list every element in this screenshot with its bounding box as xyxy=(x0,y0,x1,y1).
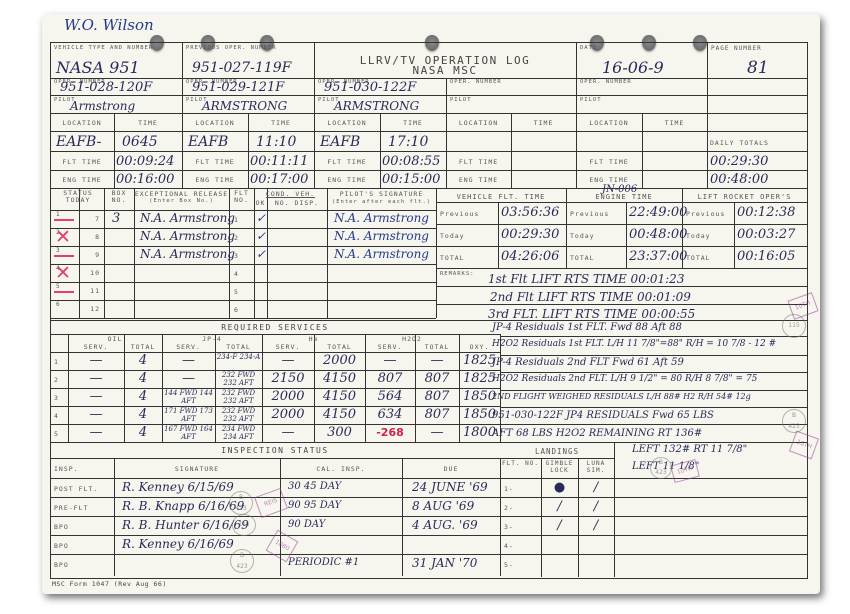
pilot-signature: N.A. Armstrong xyxy=(334,247,429,261)
previous-value: 22:49:00 xyxy=(629,205,687,220)
due-date: 4 AUG. '69 xyxy=(412,518,478,532)
previous-value: 03:56:36 xyxy=(501,205,559,220)
vertical-rule xyxy=(446,78,447,113)
location-label: LOCATION xyxy=(50,119,114,127)
service-he-total: 300 xyxy=(314,426,365,440)
today-value: 00:48:00 xyxy=(629,227,687,242)
service-h2o2-total: — xyxy=(415,426,459,440)
service-col-label: TOTAL xyxy=(215,343,262,351)
service-he-serv: 2000 xyxy=(262,408,314,422)
box-number: 10 xyxy=(82,269,100,277)
service-jp4-total: 232 FWD 232 AFT xyxy=(215,389,262,405)
landing-flt-number: 2- xyxy=(504,504,514,512)
total-label: TOTAL xyxy=(570,254,595,262)
service-jp4-serv: 171 FWD 173 AFT xyxy=(162,407,215,423)
previous-label: Previous xyxy=(570,210,609,218)
oper-number-label: OPER. NUMBER xyxy=(450,79,502,85)
service-oil-total: 4 xyxy=(124,408,162,422)
service-oil-total: 4 xyxy=(124,354,162,368)
horizontal-rule xyxy=(500,424,807,425)
total-value: 23:37:00 xyxy=(629,249,687,264)
service-jp4-serv: 167 FWD 164 AFT xyxy=(162,425,215,441)
service-oxy: 1850 xyxy=(459,390,500,404)
today-label: Today xyxy=(570,232,595,240)
pilot-label: PILOT xyxy=(450,97,472,103)
remark-line: 3rd FLT. LIFT RTS TIME 00:00:55 xyxy=(488,307,695,321)
location-value: EAFB xyxy=(188,134,228,150)
service-h2o2-serv: 564 xyxy=(365,390,415,404)
status-number: 1 xyxy=(56,211,61,218)
date-value: 16-06-9 xyxy=(602,58,664,77)
service-oil-total: 4 xyxy=(124,426,162,440)
prev-oper-label: PREVIOUS OPER. NUMBER xyxy=(186,45,277,51)
inspection-due-label: DUE xyxy=(402,465,500,473)
today-value: 00:03:27 xyxy=(737,227,795,242)
landing-flt-number: 5- xyxy=(504,561,514,569)
totals-group-title: VEHICLE FLT. TIME xyxy=(436,193,566,201)
flt-time-label: FLT TIME xyxy=(576,158,642,166)
vertical-rule xyxy=(734,202,735,268)
inspector-signature: R. B. Hunter 6/16/69 xyxy=(122,518,249,532)
status-dash-mark xyxy=(54,291,74,293)
horizontal-rule xyxy=(50,151,807,152)
oxy-label: OXY. xyxy=(459,343,500,351)
service-jp4-total: 232 FWD 232 AFT xyxy=(215,371,262,387)
daily-eng-total: 00:48:00 xyxy=(710,172,768,187)
box-no-value: 3 xyxy=(112,211,120,226)
eng-time-label: ENG TIME xyxy=(314,176,380,184)
box-number: 12 xyxy=(82,305,100,313)
horizontal-rule xyxy=(50,318,436,319)
flt-number: 4 xyxy=(234,270,239,278)
previous-value: 00:12:38 xyxy=(737,205,795,220)
inspector-signature: R. B. Knapp 6/16/69 xyxy=(122,499,244,513)
form-footer: MSC Form 1047 (Rev Aug 66) xyxy=(52,580,167,588)
totals-group-title: LIFT ROCKET OPER'S xyxy=(682,193,807,201)
vertical-rule xyxy=(707,42,708,113)
daily-totals-label: DAILY TOTALS xyxy=(710,139,769,147)
horizontal-rule xyxy=(50,113,807,114)
status-x-mark: ✕ xyxy=(55,226,71,248)
service-oil-serv: — xyxy=(68,354,124,368)
service-h2o2-serv: — xyxy=(365,354,415,368)
vertical-rule xyxy=(79,188,80,318)
status-dash-mark xyxy=(54,255,74,257)
vehicle-label: VEHICLE TYPE AND NUMBER xyxy=(54,45,153,51)
horizontal-rule xyxy=(50,170,807,171)
horizontal-rule xyxy=(50,264,436,265)
horizontal-rule xyxy=(50,78,807,79)
luna-sim-mark: / xyxy=(578,480,614,495)
box-number: 11 xyxy=(82,287,100,295)
remark-line: JP-4 Residuals 2nd FLT Fwd 61 Aft 59 xyxy=(492,357,684,368)
time-label: TIME xyxy=(380,119,446,127)
horizontal-rule xyxy=(50,320,500,321)
landings-gimble-label: GIMBLE LOCK xyxy=(541,460,578,474)
eng-time-label: ENG TIME xyxy=(576,176,642,184)
vertical-rule xyxy=(104,188,105,318)
pilot-value: ARMSTRONG xyxy=(202,99,287,113)
horizontal-rule xyxy=(500,516,807,517)
exceptional-release-label: EXCEPTIONAL RELEASE xyxy=(134,190,229,198)
exceptional-release-signature: N.A. Armstrong xyxy=(140,229,235,243)
cond-veh-label: COND. VEH. xyxy=(254,190,327,198)
total-label: TOTAL xyxy=(686,254,711,262)
vertical-rule xyxy=(50,188,51,318)
flt-time-label: FLT TIME xyxy=(314,158,380,166)
service-col-label: SERV. xyxy=(162,343,215,351)
vertical-rule xyxy=(327,188,328,318)
box-number: 9 xyxy=(82,251,100,259)
horizontal-rule xyxy=(50,188,807,189)
landings-luna-label: LUNA SIM. xyxy=(578,460,614,474)
service-jp4-total: 234 FWD 234 AFT xyxy=(215,425,262,441)
horizontal-rule xyxy=(500,535,807,536)
cal-insp-value: PERIODIC #1 xyxy=(288,557,359,568)
inspection-stamp: B423 xyxy=(782,409,806,433)
time-label: TIME xyxy=(248,119,314,127)
flt-number: 2 xyxy=(234,234,239,242)
service-h2o2-total: — xyxy=(415,354,459,368)
pilot-signature: N.A. Armstrong xyxy=(334,211,429,225)
service-oil-serv: — xyxy=(68,408,124,422)
total-value: 00:16:05 xyxy=(737,249,795,264)
vertical-rule xyxy=(314,42,315,113)
service-col-label: TOTAL xyxy=(124,343,162,351)
vertical-rule xyxy=(500,334,501,442)
horizontal-rule xyxy=(436,304,807,305)
service-jp4-serv: 144 FWD 144 AFT xyxy=(162,389,215,405)
pilot-value: Armstrong xyxy=(70,99,135,113)
horizontal-rule xyxy=(500,372,807,373)
vehicle-value: NASA 951 xyxy=(56,58,140,77)
vertical-rule xyxy=(182,42,183,113)
flt-number: 3 xyxy=(234,252,239,260)
landing-flt-number: 1- xyxy=(504,485,514,493)
horizontal-rule xyxy=(50,300,436,301)
engine-annotation: JN-006 xyxy=(602,184,637,195)
oper-number-value: 951-028-120F xyxy=(60,80,152,95)
eng-time-label: ENG TIME xyxy=(50,176,114,184)
vertical-rule xyxy=(576,42,577,113)
location-label: LOCATION xyxy=(182,119,248,127)
service-group-label: JP-4 xyxy=(162,335,262,343)
inspection-insp-label: INSP. xyxy=(54,465,114,473)
oper-number-label: OPER. NUMBER xyxy=(580,79,632,85)
inspection-type: BPO xyxy=(54,561,69,569)
vertical-rule xyxy=(267,188,268,318)
flt-time-value: 00:08:55 xyxy=(382,154,440,169)
horizontal-rule xyxy=(500,355,807,356)
prev-oper-value: 951-027-119F xyxy=(192,60,291,76)
time-label: TIME xyxy=(114,119,182,127)
location-label: LOCATION xyxy=(314,119,380,127)
remark-line: 2ND FLIGHT WEIGHED RESIDUALS L/H 88# H2 … xyxy=(492,392,751,401)
vertical-rule xyxy=(50,458,51,576)
vertical-rule xyxy=(498,202,499,268)
oper-number-value: 951-030-122F xyxy=(324,80,416,95)
landing-flt-number: 4- xyxy=(504,542,514,550)
due-date: 31 JAN '70 xyxy=(412,556,477,570)
service-oil-total: 4 xyxy=(124,372,162,386)
service-h2o2-total: 807 xyxy=(415,372,459,386)
previous-label: Previous xyxy=(686,210,725,218)
location-label: LOCATION xyxy=(446,119,511,127)
service-jp4-serv: — xyxy=(162,354,215,368)
location-value: EAFB xyxy=(320,134,360,150)
gimble-lock-mark: / xyxy=(541,499,578,514)
inspection-cal-label: CAL. INSP. xyxy=(280,465,402,473)
vertical-rule xyxy=(254,188,255,318)
exceptional-release-signature: N.A. Armstrong xyxy=(140,211,235,225)
time-label: TIME xyxy=(642,119,707,127)
inspection-type: POST FLT. xyxy=(54,485,98,493)
service-col-label: TOTAL xyxy=(415,343,459,351)
flt-time-label: FLT TIME xyxy=(182,158,248,166)
exceptional-release-sub: (Enter Box No.) xyxy=(134,198,229,204)
service-col-label: SERV. xyxy=(365,343,415,351)
service-jp4-total: 232 FWD 232 AFT xyxy=(215,407,262,423)
gimble-lock-mark: / xyxy=(541,518,578,533)
horizontal-rule xyxy=(436,224,807,225)
status-number: 6 xyxy=(56,301,61,308)
vertical-rule xyxy=(114,458,115,576)
flt-time-value: 00:11:11 xyxy=(250,154,308,169)
time-label: TIME xyxy=(511,119,576,127)
horizontal-rule xyxy=(500,407,807,408)
form-subtitle: NASA MSC xyxy=(314,64,576,77)
inspection-stamp: B423 xyxy=(650,457,672,479)
horizontal-rule xyxy=(50,442,807,443)
service-oxy: 1825 xyxy=(459,354,500,368)
exceptional-release-signature: N.A. Armstrong xyxy=(140,247,235,261)
service-he-serv: 2000 xyxy=(262,390,314,404)
remarks-label: REMARKS: xyxy=(440,271,475,277)
inspection-type: PRE-FLT xyxy=(54,504,88,512)
service-oil-total: 4 xyxy=(124,390,162,404)
oper-number-value: 951-029-121F xyxy=(192,80,284,95)
remark-line: H2O2 Residuals 2nd FLT. L/H 9 1/2" = 80 … xyxy=(492,374,757,384)
status-dash-mark xyxy=(54,219,74,221)
service-group-label: OIL xyxy=(68,335,162,343)
operation-log-sheet: W.O. Wilson VEHICLE TYPE AND NUMBER NASA… xyxy=(42,14,820,594)
service-jp4-serv: — xyxy=(162,372,215,386)
horizontal-rule xyxy=(50,478,500,479)
service-group-label: H2O2 xyxy=(365,335,459,343)
remark-line: JP-4 Residuals 1st FLT. Fwd 88 Aft 88 xyxy=(492,322,682,333)
service-h2o2-serv: 807 xyxy=(365,372,415,386)
horizontal-rule xyxy=(500,554,807,555)
vertical-rule xyxy=(626,202,627,268)
service-group-label: He xyxy=(262,335,365,343)
horizontal-rule xyxy=(436,268,807,269)
service-oil-serv: — xyxy=(68,426,124,440)
eng-time-label: ENG TIME xyxy=(446,176,511,184)
vertical-rule xyxy=(134,188,135,318)
cal-insp-value: 30 45 DAY xyxy=(288,481,341,492)
luna-sim-mark: / xyxy=(578,499,614,514)
inspector-signature: R. Kenney 6/15/69 xyxy=(122,480,234,494)
service-he-serv: — xyxy=(262,426,314,440)
remark-line: 2nd Flt LIFT RTS TIME 00:01:09 xyxy=(490,290,691,304)
vertical-rule xyxy=(500,458,501,576)
eng-time-label: ENG TIME xyxy=(182,176,248,184)
cond-ok-check: ✓ xyxy=(256,229,266,243)
horizontal-rule xyxy=(436,202,807,203)
inspection-type: BPO xyxy=(54,542,69,550)
service-h2o2-total: 807 xyxy=(415,408,459,422)
ok-label: OK xyxy=(254,199,267,207)
service-h2o2-total: 807 xyxy=(415,390,459,404)
service-row-number: 4 xyxy=(54,412,59,420)
service-oil-serv: — xyxy=(68,390,124,404)
service-he-total: 2000 xyxy=(314,354,365,368)
due-date: 24 JUNE '69 xyxy=(412,480,488,494)
time-value: 17:10 xyxy=(388,134,428,150)
flt-time-value: 00:09:24 xyxy=(116,154,174,169)
horizontal-rule xyxy=(50,131,807,132)
flt-number: 6 xyxy=(234,306,239,314)
service-h2o2-serv: 634 xyxy=(365,408,415,422)
pilot-sig-sub: (Enter after each flt.) xyxy=(327,199,436,205)
pilot-sig-label: PILOT'S SIGNATURE xyxy=(327,190,436,198)
status-x-mark: ✕ xyxy=(55,262,71,284)
date-label: DATE xyxy=(580,45,597,51)
service-row-number: 3 xyxy=(54,394,59,402)
horizontal-rule xyxy=(500,497,807,498)
status-today-label: STATUS TODAY xyxy=(52,190,104,204)
today-label: Today xyxy=(686,232,711,240)
landing-flt-number: 3- xyxy=(504,523,514,531)
pilot-value: ARMSTRONG xyxy=(334,99,419,113)
pilot-label: PILOT xyxy=(580,97,602,103)
horizontal-rule xyxy=(500,458,614,459)
vertical-rule xyxy=(614,442,615,577)
flt-number: 5 xyxy=(234,288,239,296)
due-date: 8 AUG '69 xyxy=(412,499,474,513)
today-label: Today xyxy=(440,232,465,240)
remark-line: H2O2 Residuals 1st FLT. L/H 11 7/8"=88" … xyxy=(492,339,776,349)
cal-insp-value: 90 95 DAY xyxy=(288,500,341,511)
remark-line: 951-030-122F JP4 RESIDUALS Fwd 65 LBS xyxy=(492,410,714,421)
inspection-stamp: B423 xyxy=(229,491,253,515)
time-value: 0645 xyxy=(122,134,158,150)
cond-ok-check: ✓ xyxy=(256,211,266,225)
flt-time-label: FLT TIME xyxy=(446,158,511,166)
service-row-number: 2 xyxy=(54,376,59,384)
service-col-label: SERV. xyxy=(68,343,124,351)
cond-ok-check: ✓ xyxy=(256,247,266,261)
service-he-total: 4150 xyxy=(314,372,365,386)
top-note: W.O. Wilson xyxy=(64,16,154,34)
inspection-stamp: 115 xyxy=(232,514,256,536)
service-h2o2-serv: -268 xyxy=(365,426,415,440)
inspection-title: INSPECTION STATUS xyxy=(50,446,500,455)
horizontal-rule xyxy=(500,320,807,321)
status-number: 3 xyxy=(56,247,61,254)
horizontal-rule xyxy=(50,458,500,459)
service-he-serv: 2150 xyxy=(262,372,314,386)
eng-time-value: 00:15:00 xyxy=(382,172,440,187)
remark-line: AFT 68 LBS H2O2 REMAINING RT 136# xyxy=(492,428,702,439)
remark-line: 1st Flt LIFT RTS TIME 00:01:23 xyxy=(488,272,684,286)
inspection-stamp: B423 xyxy=(230,549,254,573)
service-row-number: 1 xyxy=(54,358,59,366)
location-label: LOCATION xyxy=(576,119,642,127)
required-services-title: REQUIRED SERVICES xyxy=(50,323,500,332)
service-oxy: 1825 xyxy=(459,372,500,386)
service-oxy: 1850 xyxy=(459,408,500,422)
flt-no-label: FLT NO. xyxy=(229,190,254,204)
eng-time-value: 00:17:00 xyxy=(250,172,308,187)
landings-flt-no-label: FLT. NO. xyxy=(500,460,541,467)
total-label: TOTAL xyxy=(440,254,465,262)
horizontal-rule xyxy=(50,282,436,283)
no-disp-label: NO. DISP. xyxy=(267,199,327,207)
horizontal-rule xyxy=(436,246,807,247)
time-value: 11:10 xyxy=(256,134,296,150)
total-value: 04:26:06 xyxy=(501,249,559,264)
eng-time-value: 00:16:00 xyxy=(116,172,174,187)
vertical-rule xyxy=(707,113,708,188)
remark-line: LEFT 132# RT 11 7/8" xyxy=(632,444,747,455)
location-value: EAFB- xyxy=(56,134,101,150)
flt-time-label: FLT TIME xyxy=(50,158,114,166)
horizontal-rule xyxy=(50,516,500,517)
service-jp4-total: 234-F 234-A xyxy=(215,353,262,361)
inspector-signature: R. Kenney 6/16/69 xyxy=(122,537,234,551)
today-value: 00:29:30 xyxy=(501,227,559,242)
service-col-label: TOTAL xyxy=(314,343,365,351)
service-he-total: 4150 xyxy=(314,390,365,404)
inspection-signature-label: SIGNATURE xyxy=(114,465,280,473)
service-col-label: SERV. xyxy=(262,343,314,351)
pilot-signature: N.A. Armstrong xyxy=(334,229,429,243)
gimble-lock-mark: ● xyxy=(541,480,578,495)
daily-flt-total: 00:29:30 xyxy=(710,154,768,169)
horizontal-rule xyxy=(50,95,807,96)
service-he-total: 4150 xyxy=(314,408,365,422)
page-label: PAGE NUMBER xyxy=(711,45,762,52)
service-oxy: 1800 xyxy=(459,426,500,440)
horizontal-rule xyxy=(500,390,807,391)
horizontal-rule xyxy=(436,286,807,287)
landings-title: LANDINGS xyxy=(500,447,614,456)
page-value: 81 xyxy=(747,58,769,78)
box-number: 7 xyxy=(82,215,100,223)
service-he-serv: — xyxy=(262,354,314,368)
flt-number: 1 xyxy=(234,216,239,224)
inspection-type: BPO xyxy=(54,523,69,531)
horizontal-rule xyxy=(500,478,807,479)
luna-sim-mark: / xyxy=(578,518,614,533)
cal-insp-value: 90 DAY xyxy=(288,519,325,530)
service-oil-serv: — xyxy=(68,372,124,386)
status-number: 5 xyxy=(56,283,61,290)
vertical-rule xyxy=(402,458,403,576)
box-no-label: BOX NO. xyxy=(104,190,134,204)
box-number: 8 xyxy=(82,233,100,241)
service-row-number: 5 xyxy=(54,430,59,438)
previous-label: Previous xyxy=(440,210,479,218)
horizontal-rule xyxy=(500,336,807,337)
